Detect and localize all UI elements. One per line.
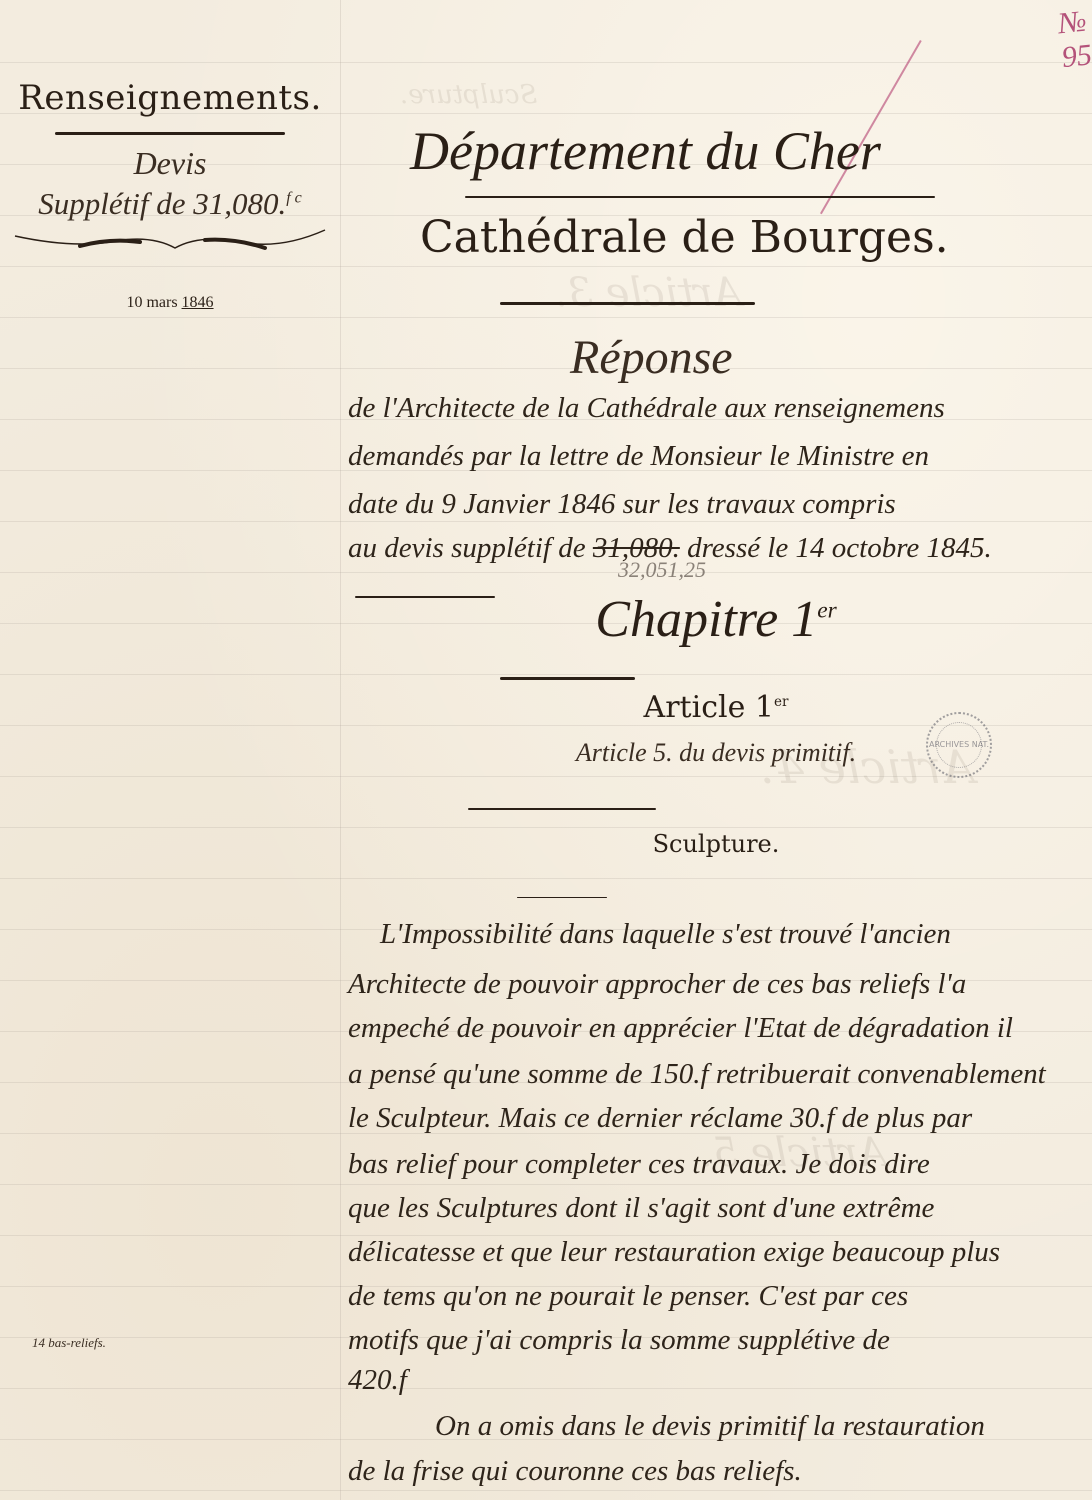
chapter-rule <box>500 677 635 680</box>
ruled-line <box>0 674 1092 675</box>
ruled-line <box>0 62 1092 63</box>
margin-title-rule <box>55 132 285 135</box>
margin-column: Renseignements. Devis Supplétif de 31,08… <box>0 70 340 312</box>
section-rule <box>517 897 607 898</box>
heading-rule <box>465 196 935 198</box>
margin-date-year: 1846 <box>182 294 214 311</box>
flourish-divider-icon <box>10 228 330 258</box>
article-rule <box>468 808 656 810</box>
body-line: empeché de pouvoir en apprécier l'Etat d… <box>348 1012 1013 1045</box>
response-line: demandés par la lettre de Monsieur le Mi… <box>348 440 929 473</box>
ruled-line <box>0 1184 1092 1185</box>
body-line: que les Sculptures dont il s'agit sont d… <box>348 1192 934 1225</box>
body-line: bas relief pour completer ces travaux. J… <box>348 1148 930 1181</box>
ruled-line <box>0 827 1092 828</box>
body-line: délicatesse et que leur restauration exi… <box>348 1236 1000 1269</box>
article-title-sup: er <box>774 694 788 710</box>
archive-stamp: ARCHIVES NAT. <box>926 712 992 778</box>
response-line: de l'Architecte de la Cathédrale aux ren… <box>348 392 945 425</box>
pencil-annotation: № 959 <box>1057 3 1092 75</box>
section-heading: Sculpture. <box>340 830 1092 858</box>
ruled-line <box>0 878 1092 879</box>
margin-devis: Devis <box>0 145 340 182</box>
margin-date-day: 10 mars <box>126 294 177 311</box>
ruled-line <box>0 521 1092 522</box>
margin-title: Renseignements. <box>0 78 340 118</box>
bleed-through-text: Sculpture. <box>400 80 537 110</box>
cathedral-heading: Cathédrale de Bourges. <box>420 212 949 263</box>
margin-note: 14 bas-reliefs. <box>32 1335 106 1351</box>
bleed-through-text: Article 3. <box>555 270 742 316</box>
body-line: le Sculpteur. Mais ce dernier réclame 30… <box>348 1102 972 1135</box>
ruled-line <box>0 317 1092 318</box>
margin-suppletif: Supplétif de 31,080.f c <box>0 186 340 222</box>
body-line: 420.f <box>348 1364 407 1397</box>
ruled-line <box>0 572 1092 573</box>
article-title: Article 1 <box>644 690 774 725</box>
department-heading: Département du Cher <box>410 120 881 182</box>
response-line-suffix: dressé le 14 octobre 1845. <box>680 532 992 564</box>
chapter-title: Chapitre 1 <box>595 591 817 648</box>
body-line: Architecte de pouvoir approcher de ces b… <box>348 968 966 1001</box>
margin-suppletif-text: Supplétif de 31,080. <box>38 186 286 221</box>
response-line-prefix: au devis supplétif de <box>348 532 593 564</box>
ruled-line <box>0 1388 1092 1389</box>
chapter-title-sup: er <box>817 598 837 624</box>
ruled-line <box>0 1490 1092 1491</box>
body-line: L'Impossibilité dans laquelle s'est trou… <box>380 918 951 951</box>
body-line: de tems qu'on ne pourait le penser. C'es… <box>348 1280 908 1313</box>
response-title: Réponse <box>570 330 733 385</box>
response-line: date du 9 Janvier 1846 sur les travaux c… <box>348 488 896 521</box>
body-line: motifs que j'ai compris la somme supplét… <box>348 1324 890 1357</box>
ruled-line <box>0 368 1092 369</box>
body-line: a pensé qu'une somme de 150.f retribuera… <box>348 1058 1046 1091</box>
ruled-line <box>0 725 1092 726</box>
pencil-correction: 32,051,25 <box>618 557 706 583</box>
margin-suppletif-unit: f c <box>286 190 302 207</box>
chapter-heading: Chapitre 1er <box>340 590 1092 649</box>
body-line: de la frise qui couronne ces bas reliefs… <box>348 1455 802 1488</box>
heading-rule <box>500 302 755 305</box>
body-line: On a omis dans le devis primitif la rest… <box>435 1410 985 1443</box>
margin-date: 10 mars 1846 <box>0 294 340 312</box>
